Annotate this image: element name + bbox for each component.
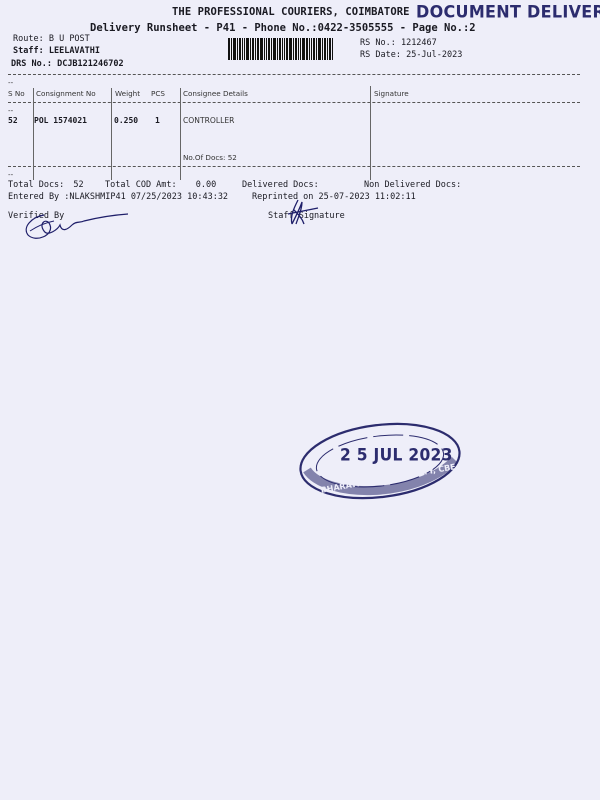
divider	[8, 74, 580, 75]
column-divider	[111, 88, 112, 180]
column-divider	[180, 88, 181, 180]
cell-no-of-docs: No.Of Docs: 52	[183, 153, 237, 162]
rs-no-label: RS No.:	[360, 38, 396, 48]
column-divider	[33, 88, 34, 180]
cell-consignment-no: POL 1574021	[34, 116, 87, 125]
column-header-signature: Signature	[374, 89, 409, 98]
entered-by: Entered By :NLAKSHMIP41 07/25/2023 10:43…	[8, 192, 228, 202]
document-delivery-stamp: DOCUMENT DELIVERY	[416, 1, 600, 22]
route-label: Route:	[13, 34, 44, 44]
total-cod-value: 0.00	[196, 180, 216, 190]
rs-no-value: 1212467	[401, 38, 437, 48]
total-docs-value: 52	[73, 180, 83, 190]
column-header-s-no: S No	[8, 89, 25, 98]
marker: --	[8, 78, 13, 87]
staff-value: LEELAVATHI	[49, 46, 100, 56]
route-line: Route: B U POST	[13, 34, 90, 44]
column-header-consignee-details: Consignee Details	[183, 89, 248, 98]
cell-signature	[374, 110, 574, 160]
stamp-date: 2 5 JUL 2023	[340, 445, 453, 464]
divider	[8, 102, 580, 103]
rs-date-value: 25-Jul-2023	[406, 50, 462, 60]
marker: --	[8, 106, 13, 115]
marker: --	[8, 170, 13, 179]
cell-pcs: 1	[155, 116, 160, 125]
staff-label: Staff:	[13, 46, 44, 56]
drs-label: DRS No.:	[11, 59, 52, 69]
non-delivered-docs-label: Non Delivered Docs:	[364, 180, 461, 190]
rs-date-line: RS Date: 25-Jul-2023	[360, 50, 462, 60]
rs-date-label: RS Date:	[360, 50, 401, 60]
route-value: B U POST	[49, 34, 90, 44]
company-title: THE PROFESSIONAL COURIERS, COIMBATORE	[172, 6, 410, 18]
staff-signature-icon	[284, 198, 324, 228]
rs-no-line: RS No.: 1212467	[360, 38, 437, 48]
drs-value: DCJB121246702	[57, 59, 124, 69]
column-header-pcs: PCS	[151, 89, 165, 98]
total-docs-label: Total Docs:	[8, 180, 64, 190]
drs-line: DRS No.: DCJB121246702	[11, 59, 124, 69]
runsheet-line: Delivery Runsheet - P41 - Phone No.:0422…	[90, 22, 476, 34]
barcode	[228, 38, 354, 60]
cell-weight: 0.250	[114, 116, 138, 125]
total-cod-label: Total COD Amt:	[105, 180, 177, 190]
total-docs: Total Docs: 52	[8, 180, 84, 190]
delivered-docs-label: Delivered Docs:	[242, 180, 319, 190]
cell-consignee: CONTROLLER	[183, 116, 234, 125]
verifier-signature-icon	[14, 205, 134, 245]
column-divider	[370, 86, 371, 180]
cell-s-no: 52	[8, 116, 18, 125]
staff-line: Staff: LEELAVATHI	[13, 46, 100, 56]
total-cod: Total COD Amt: 0.00	[105, 180, 216, 190]
reprinted-on: Reprinted on 25-07-2023 11:02:11	[252, 192, 416, 202]
column-header-weight: Weight	[115, 89, 140, 98]
divider	[8, 166, 580, 167]
column-header-consignment-no: Consignment No	[36, 89, 96, 98]
